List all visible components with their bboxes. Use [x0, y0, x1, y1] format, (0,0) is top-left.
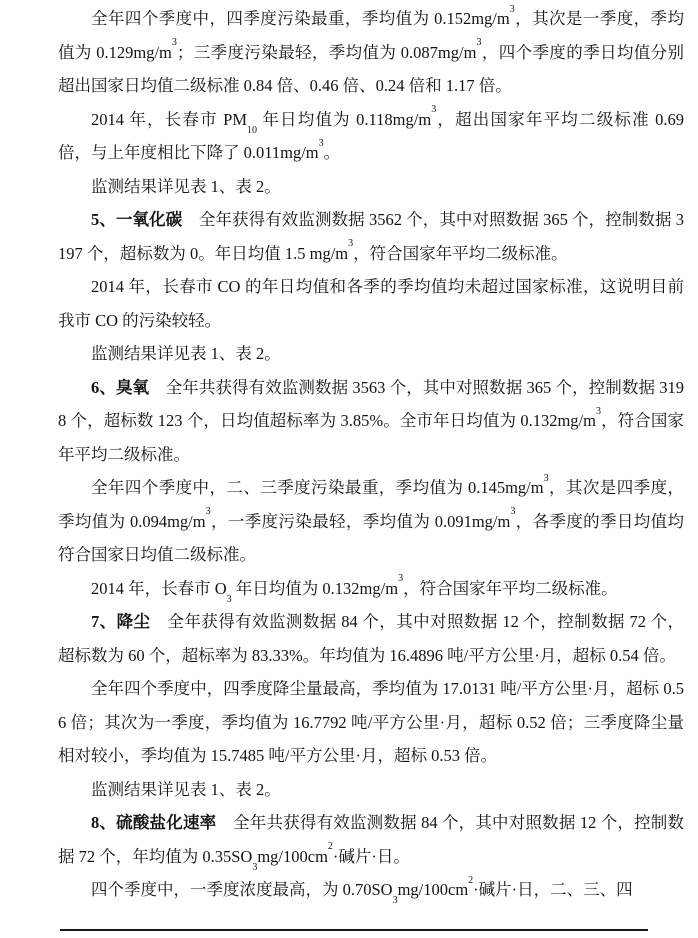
superscript: 2: [468, 875, 473, 886]
paragraph-text: 2014 年，长春市 CO 的年日均值和各季的季均值均未超过国家标准，这说明目前…: [58, 277, 684, 330]
paragraph-text: 全年四个季度中，四季度污染最重，季均值为 0.152mg/m: [91, 9, 510, 28]
paragraph-text: 全年共获得有效监测数据 3563 个，其中对照数据 365 个，控制数据 319…: [58, 378, 684, 431]
para-ozone-annual: 2014 年，长春市 O3 年日均值为 0.132mg/m3，符合国家年平均二级…: [58, 572, 684, 606]
paragraph-text: ，符合国家年平均二级标准。: [403, 579, 618, 598]
para-ozone-quarters: 全年四个季度中，二、三季度污染最重，季均值为 0.145mg/m3，其次是四季度…: [58, 471, 684, 572]
superscript: 3: [348, 238, 353, 249]
paragraph-text: 四个季度中，一季度浓度最高，为 0.70SO: [91, 880, 393, 899]
paragraph-text: ，符合国家年平均二级标准。: [353, 244, 568, 263]
para-pm10-annual: 2014 年，长春市 PM10 年日均值为 0.118mg/m3，超出国家年平均…: [58, 103, 684, 170]
paragraph-text: 年日均值为 0.118mg/m: [257, 110, 431, 129]
paragraph-text: mg/100cm: [257, 847, 328, 866]
para-see-tables-2: 监测结果详见表 1、表 2。: [58, 337, 684, 371]
paragraph-text: 监测结果详见表 1、表 2。: [91, 780, 281, 799]
superscript: 3: [510, 4, 515, 15]
paragraph-text: ·碱片·日，二、三、四: [473, 880, 633, 899]
section-heading: 7、降尘: [91, 612, 150, 631]
para-sulfation-quarters: 四个季度中，一季度浓度最高，为 0.70SO3mg/100cm2·碱片·日，二、…: [58, 873, 684, 907]
paragraph-text: mg/100cm: [398, 880, 469, 899]
section-heading: 5、一氧化碳: [91, 210, 182, 229]
superscript: 3: [398, 573, 403, 584]
para-dustfall-section: 7、降尘 全年获得有效监测数据 84 个，其中对照数据 12 个，控制数据 72…: [58, 605, 684, 672]
paragraph-text: 年日均值为 0.132mg/m: [232, 579, 398, 598]
para-sulfation-section: 8、硫酸盐化速率 全年共获得有效监测数据 84 个，其中对照数据 12 个，控制…: [58, 806, 684, 873]
superscript: 3: [476, 37, 481, 48]
paragraph-text: ，一季度污染最轻，季均值为 0.091mg/m: [211, 512, 511, 531]
para-see-tables-3: 监测结果详见表 1、表 2。: [58, 773, 684, 807]
section-heading: 6、臭氧: [91, 378, 149, 397]
para-pm10-quarters: 全年四个季度中，四季度污染最重，季均值为 0.152mg/m3，其次是一季度，季…: [58, 2, 684, 103]
para-ozone-section: 6、臭氧 全年共获得有效监测数据 3563 个，其中对照数据 365 个，控制数…: [58, 371, 684, 472]
document-body: 全年四个季度中，四季度污染最重，季均值为 0.152mg/m3，其次是一季度，季…: [58, 2, 684, 907]
superscript: 3: [510, 506, 515, 517]
paragraph-text: 。: [324, 143, 341, 162]
footer-separator-line: [60, 929, 648, 931]
paragraph-text: 监测结果详见表 1、表 2。: [91, 177, 281, 196]
section-heading: 8、硫酸盐化速率: [91, 813, 216, 832]
paragraph-text: 2014 年，长春市 PM: [91, 110, 247, 129]
superscript: 3: [206, 506, 211, 517]
paragraph-text: 监测结果详见表 1、表 2。: [91, 344, 281, 363]
paragraph-text: 全年四个季度中，二、三季度污染最重，季均值为 0.145mg/m: [91, 478, 544, 497]
subscript: 3: [227, 594, 232, 605]
superscript: 2: [328, 841, 333, 852]
para-see-tables-1: 监测结果详见表 1、表 2。: [58, 170, 684, 204]
paragraph-text: 全年获得有效监测数据 84 个，其中对照数据 12 个，控制数据 72 个，超标…: [58, 612, 684, 665]
superscript: 3: [544, 473, 549, 484]
superscript: 3: [172, 37, 177, 48]
paragraph-text: ；三季度污染最轻，季均值为 0.087mg/m: [177, 43, 477, 62]
para-co-annual: 2014 年，长春市 CO 的年日均值和各季的季均值均未超过国家标准，这说明目前…: [58, 270, 684, 337]
superscript: 3: [431, 104, 436, 115]
paragraph-text: 2014 年，长春市 O: [91, 579, 227, 598]
subscript: 3: [393, 895, 398, 906]
paragraph-text: ·碱片·日。: [333, 847, 410, 866]
paragraph-text: 全年四个季度中，四季度降尘量最高，季均值为 17.0131 吨/平方公里·月，超…: [58, 679, 684, 765]
superscript: 3: [596, 406, 601, 417]
document-page: 全年四个季度中，四季度污染最重，季均值为 0.152mg/m3，其次是一季度，季…: [0, 0, 698, 938]
para-co-section: 5、一氧化碳 全年获得有效监测数据 3562 个，其中对照数据 365 个，控制…: [58, 203, 684, 270]
subscript: 3: [252, 862, 257, 873]
para-dustfall-quarters: 全年四个季度中，四季度降尘量最高，季均值为 17.0131 吨/平方公里·月，超…: [58, 672, 684, 773]
superscript: 3: [319, 138, 324, 149]
subscript: 10: [247, 125, 257, 136]
